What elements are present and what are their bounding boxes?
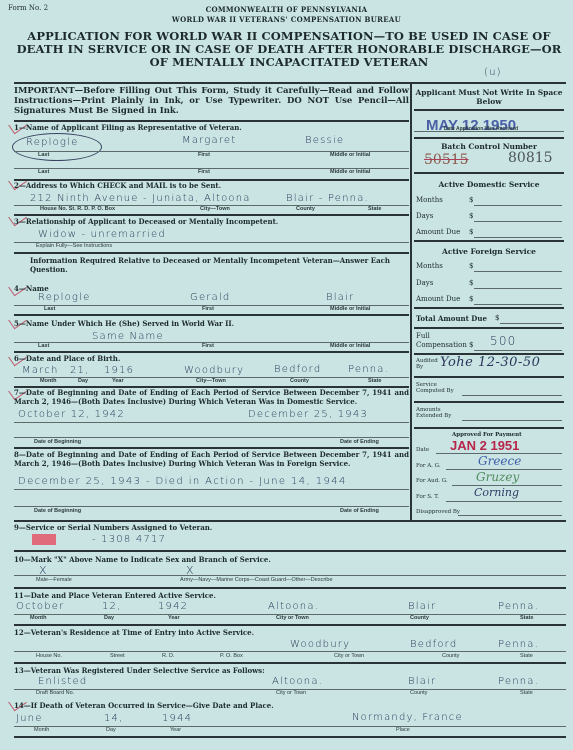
foreign-amount-field[interactable] [474,304,562,305]
q11-month[interactable]: October [16,601,64,612]
q6-sub-county: County [290,378,309,384]
divider [14,624,566,626]
batch-number: 80815 [508,150,553,166]
q14-year[interactable]: 1944 [162,713,192,724]
q6-sub-city: City—Town [196,378,226,384]
q7-sub-end: Date of Ending [340,439,379,445]
q1-sub-middle: Middle or Initial [330,152,370,158]
q1-sub2-middle: Middle or Initial [330,169,370,175]
batch-number-struck: 50515 [424,152,469,168]
divider [14,214,409,216]
divider [14,736,566,738]
q5-label: 5—Name Under Which He (She) Served in Wo… [14,320,234,329]
field-line [14,651,566,652]
divider [414,376,564,378]
service-computed-label-2: Computed By [416,388,454,395]
q3-label: 3—Relationship of Applicant to Deceased … [14,218,278,227]
full-comp-label-1: Full [416,332,430,340]
divider [414,307,564,309]
q11-sub-state: State [520,615,533,621]
q2-county-state[interactable]: Blair - Penna. [286,193,369,204]
margin-mark: (u) [484,67,502,78]
q4-middle[interactable]: Blair [326,292,354,303]
foreign-days-field[interactable] [474,288,562,289]
q13-city[interactable]: Altoona. [272,676,323,687]
q11-city[interactable]: Altoona. [268,601,319,612]
q8-sub-begin: Date of Beginning [34,508,81,514]
q9-serial-number[interactable]: - 1308 4717 [92,534,166,545]
divider [14,587,566,589]
service-computed-field[interactable] [462,395,562,396]
divider [14,550,566,552]
q13-sub-board: Draft Board No. [36,690,74,696]
q4-last[interactable]: Replogle [38,292,90,303]
q11-year[interactable]: 1942 [158,601,188,612]
q4-sub-first: First [202,306,214,312]
q10-sex-options: Male—Female [36,577,72,583]
q12-sub-house: House No. [36,653,62,659]
q10-branch-options: Army—Navy—Marine Corps—Coast Guard—Other… [180,577,333,583]
divider [414,327,564,329]
divider [14,314,409,316]
q1-sub-last: Last [38,152,49,158]
for-st-label: For S. T. [416,494,439,501]
sidebar-divider [410,82,412,520]
q11-sub-city: City or Town [276,615,309,621]
q13-county[interactable]: Blair [408,676,436,687]
q6-state[interactable]: Penna. [348,364,389,375]
q6-city[interactable]: Woodbury [184,365,244,376]
q14-day[interactable]: 14, [104,713,124,724]
field-line [14,422,409,423]
for-st-signature: Corning [474,486,519,499]
dollar-sign: $ [469,228,473,236]
q12-city[interactable]: Woodbury [290,639,350,650]
q14-sub-month: Month [34,727,49,733]
divider [14,520,566,522]
for-aud-g-signature: Gruzey [476,470,519,484]
divider [414,401,564,403]
field-line [14,726,566,727]
field-line [14,506,409,507]
q6-sub-year: Year [112,378,124,384]
domestic-amount-label: Amount Due [416,228,460,236]
info-required-note: Information Required Relative to Decease… [30,256,408,274]
q8-sub-end: Date of Ending [340,508,379,514]
dollar-sign: $ [469,262,473,270]
q6-sub-month: Month [40,378,57,384]
q8-foreign-service[interactable]: December 25, 1943 - Died in Action - Jun… [18,476,347,487]
q5-sub-first: First [202,343,214,349]
q12-county[interactable]: Bedford [410,639,457,650]
foreign-months-field[interactable] [474,271,562,272]
q5-sub-middle: Middle or Initial [330,343,370,349]
audited-value: Yohe 12-30-50 [440,355,540,370]
divider [14,252,409,254]
domestic-months-field[interactable] [474,205,562,206]
q5-sub-last: Last [38,343,49,349]
q12-sub-county: County [442,653,459,659]
q13-sub-city: City or Town [276,690,306,696]
q11-state[interactable]: Penna. [498,601,539,612]
domestic-amount-field[interactable] [474,237,562,238]
q6-year[interactable]: 1916 [104,365,134,376]
q2-sub-county: County [296,206,315,212]
form-title: APPLICATION FOR WORLD WAR II COMPENSATIO… [14,30,564,69]
q4-sub-middle: Middle or Initial [330,306,370,312]
q11-day[interactable]: 12, [102,601,122,612]
divider [14,662,566,664]
q7-end-date[interactable]: December 25, 1943 [248,409,368,420]
divider [14,82,566,84]
dollar-sign: $ [469,279,473,287]
q12-sub-street: Street [110,653,125,659]
dollar-sign: $ [469,196,473,204]
divider [414,109,564,111]
q13-label: 13—Veteran Was Registered Under Selectiv… [14,667,265,676]
q7-begin-date[interactable]: October 12, 1942 [18,409,125,420]
audited-label-2: By [416,364,423,371]
for-aud-g-label: For Aud. G. [416,478,448,485]
dollar-sign: $ [469,341,473,349]
domestic-title: Active Domestic Service [414,180,564,189]
full-comp-label-2: Compensation [416,341,467,349]
date-received-label: Date Application Was Received [444,126,518,132]
q6-sub-day: Day [78,378,88,384]
dollar-sign: $ [495,314,499,322]
sidebar-title: Applicant Must Not Write In Space Below [414,88,564,106]
divider [14,447,409,449]
q3-relationship[interactable]: Widow - unremarried [38,229,166,240]
total-amount-label: Total Amount Due [416,314,487,323]
q12-sub-pobox: P. O. Box [220,653,243,659]
foreign-amount-label: Amount Due [416,295,460,303]
q1-label: 1—Name of Applicant Filing as Representa… [14,124,242,133]
q12-sub-state: State [520,653,533,659]
q7-sub-begin: Date of Beginning [34,439,81,445]
field-line [14,489,409,490]
field-line [474,350,562,351]
q2-sub-state: State [368,206,381,212]
for-ag-signature: Greece [478,454,521,468]
field-line [14,575,566,576]
divider [414,172,564,174]
q1-sub2-first: First [198,169,210,175]
for-ag-label: For A. G. [416,463,441,470]
q11-sub-year: Year [168,615,180,621]
q12-sub-city: City or Town [334,653,364,659]
q6-county[interactable]: Bedford [274,364,321,375]
disapproved-label: Disapproved By [416,509,460,516]
q2-label: 2—Address to Which CHECK and MAIL is to … [14,182,221,191]
domestic-days-field[interactable] [474,221,562,222]
q11-label: 11—Date and Place Veteran Entered Active… [14,592,216,601]
approved-date-label: Date [416,447,429,454]
q2-sub-house: House No. St. R. D. P. O. Box [40,206,115,212]
q13-state[interactable]: Penna. [498,676,539,687]
q2-sub-city: City—Town [200,206,230,212]
q13-draft-board[interactable]: Enlisted [38,676,87,687]
q9-label: 9—Service or Serial Numbers Assigned to … [14,524,212,533]
dollar-sign: $ [469,212,473,220]
dollar-sign: $ [469,295,473,303]
q14-month[interactable]: June [16,713,43,724]
q14-sub-place: Place [396,727,410,733]
q1-first[interactable]: Margaret [182,135,236,146]
q1-sub2-last: Last [38,169,49,175]
field-line [446,501,562,502]
foreign-title: Active Foreign Service [414,247,564,256]
q6-month[interactable]: March [22,365,58,376]
q6-label: 6—Date and Place of Birth. [14,355,120,364]
q5-served-name[interactable]: Same Name [92,331,164,342]
q8-label: 8—Date of Beginning and Date of Ending o… [14,451,409,468]
q1-last[interactable]: Replogle [26,137,78,148]
amounts-extended-label-2: Extended By [416,413,451,420]
q12-label: 12—Veteran's Residence at Time of Entry … [14,629,254,638]
q14-label: 14—If Death of Veteran Occurred in Servi… [14,702,274,711]
approved-date-stamp: JAN 2 1951 [450,438,519,453]
disapproved-field[interactable] [458,515,562,516]
q12-state[interactable]: Penna. [498,639,539,650]
q11-sub-county: County [410,615,429,621]
amounts-extended-field[interactable] [462,420,562,421]
divider [414,427,564,429]
q12-sub-rd: R. D. [162,653,175,659]
q3-sub: Explain Fully—See Instructions [36,243,112,249]
q14-sub-day: Day [106,727,116,733]
q1-middle[interactable]: Bessie [305,135,344,146]
domestic-months-label: Months [416,196,443,204]
full-comp-value: 500 [490,334,517,348]
bureau-line: WORLD WAR II VETERANS' COMPENSATION BURE… [0,15,573,24]
issuer-line: COMMONWEALTH OF PENNSYLVANIA [0,5,573,14]
q4-sub-last: Last [44,306,55,312]
foreign-days-label: Days [416,279,433,287]
divider [414,240,564,242]
q10-label: 10—Mark "X" Above Name to Indicate Sex a… [14,556,271,565]
total-amount-field[interactable] [500,323,562,324]
q14-sub-year: Year [170,727,181,733]
divider [414,137,564,139]
q4-first[interactable]: Gerald [190,292,230,303]
q13-sub-county: County [410,690,427,696]
domestic-days-label: Days [416,212,433,220]
q13-sub-state: State [520,690,533,696]
q11-sub-month: Month [30,615,47,621]
field-line [14,437,409,438]
divider [14,120,409,122]
q7-label: 7—Date of Beginning and Date of Ending o… [14,389,409,406]
q2-address[interactable]: 212 Ninth Avenue - Juniata, Altoona [30,193,251,204]
q6-sub-state: State [368,378,381,384]
divider [14,351,409,353]
important-instructions: IMPORTANT—Before Filling Out This Form, … [14,86,409,116]
foreign-months-label: Months [416,262,443,270]
q11-sub-day: Day [104,615,114,621]
q9-prefix-redacted: ASN [32,534,56,545]
q6-day[interactable]: 21, [70,365,90,376]
q14-place[interactable]: Normandy, France [352,712,463,723]
q11-county[interactable]: Blair [408,601,436,612]
q1-sub-first: First [198,152,210,158]
